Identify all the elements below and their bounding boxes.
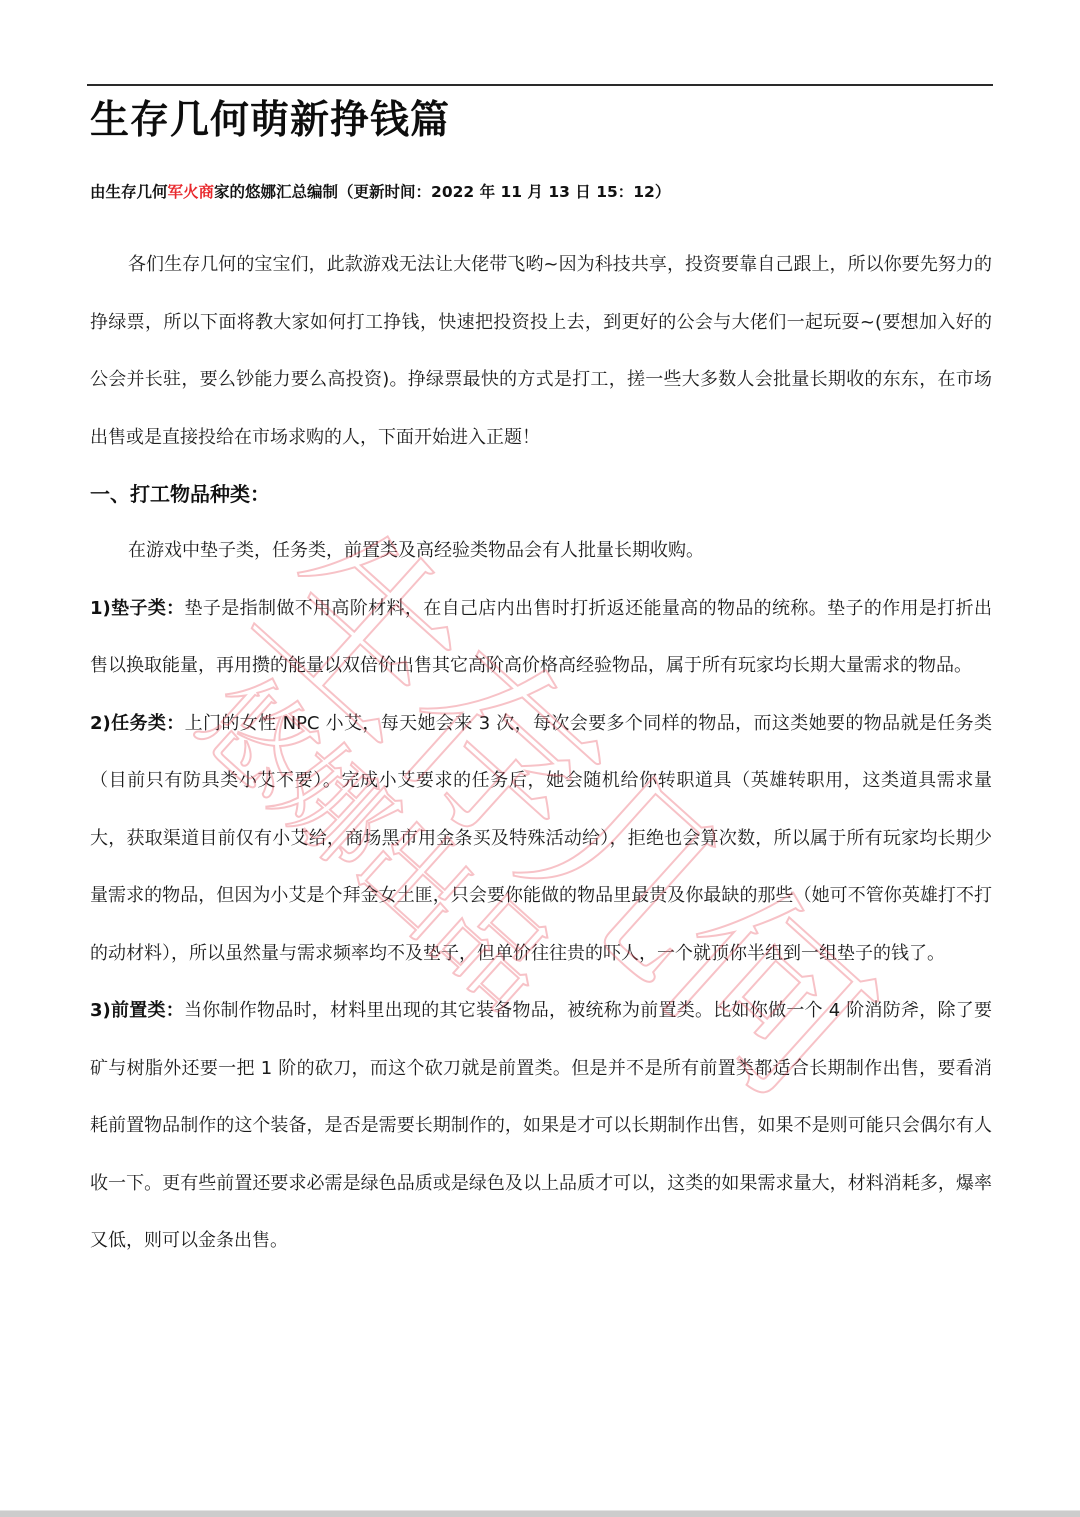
author-byline: 由生存几何军火商家的悠娜汇总编制（更新时间：2022 年 11 月 13 日 1…	[90, 180, 670, 204]
item-term: 3)前置类：	[90, 1000, 184, 1021]
byline-highlight: 军火商	[168, 183, 215, 201]
item-paragraph-cushion: 1)垫子类：垫子是指制做不用高阶材料，在自己店内出售时打折返还能量高的物品的统称…	[90, 580, 992, 695]
item-term: 1)垫子类：	[90, 598, 185, 619]
byline-suffix: 家的悠娜汇总编制（更新时间：2022 年 11 月 13 日 15：12）	[214, 183, 670, 201]
item-text: 当你制作物品时，材料里出现的其它装备物品，被统称为前置类。比如你做一个 4 阶消…	[90, 1000, 992, 1251]
item-text: 上门的女性 NPC 小艾，每天她会来 3 次，每次会要多个同样的物品，而这类她要…	[90, 713, 992, 964]
top-divider	[87, 84, 993, 86]
item-paragraph-quest: 2)任务类：上门的女性 NPC 小艾，每天她会来 3 次，每次会要多个同样的物品…	[90, 695, 992, 983]
item-term: 2)任务类：	[90, 713, 185, 734]
intro-paragraph: 各们生存几何的宝宝们，此款游戏无法让大佬带飞哟~因为科技共享，投资要靠自己跟上，…	[90, 236, 992, 466]
document-page: 生存几何萌新挣钱篇 由生存几何军火商家的悠娜汇总编制（更新时间：2022 年 1…	[0, 0, 1080, 1510]
document-title: 生存几何萌新挣钱篇	[90, 96, 450, 146]
section-summary: 在游戏中垫子类，任务类，前置类及高经验类物品会有人批量长期收购。	[90, 522, 992, 580]
item-paragraph-prerequisite: 3)前置类：当你制作物品时，材料里出现的其它装备物品，被统称为前置类。比如你做一…	[90, 982, 992, 1270]
item-text: 垫子是指制做不用高阶材料，在自己店内出售时打折返还能量高的物品的统称。垫子的作用…	[90, 598, 992, 677]
byline-prefix: 由生存几何	[90, 183, 168, 201]
section-heading: 一、打工物品种类：	[90, 466, 992, 522]
page-bottom-edge	[0, 1510, 1080, 1517]
document-body: 各们生存几何的宝宝们，此款游戏无法让大佬带飞哟~因为科技共享，投资要靠自己跟上，…	[90, 236, 992, 1270]
